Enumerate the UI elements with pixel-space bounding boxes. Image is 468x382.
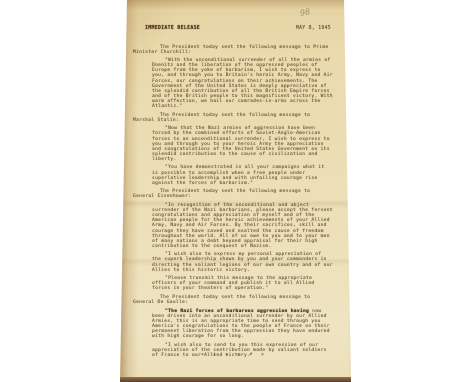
handwritten-page-number: 98 <box>299 7 311 18</box>
document-header: IMMEDIATE RELEASE MAY 8, 1945 <box>145 26 331 31</box>
telegram-paragraph: "In recognition of the unconditional and… <box>152 203 333 249</box>
telegram-paragraph: "You have demonstrated in all your campa… <box>152 165 333 185</box>
telegram-paragraph: "The Nazi forces of barbarous aggression… <box>152 309 333 340</box>
telegram-paragraph-continuation: now been driven into an unconditional su… <box>152 309 330 339</box>
section-intro-stalin: The President today sent the following m… <box>133 113 333 123</box>
telegram-paragraph: "With the unconditional surrender of all… <box>152 58 333 109</box>
date-line: MAY 8, 1945 <box>296 26 331 31</box>
scanned-document-photo: 98 IMMEDIATE RELEASE MAY 8, 1945 The Pre… <box>0 0 468 382</box>
section-intro-de-gaulle: The President today sent the following m… <box>133 295 333 305</box>
separator-asterisks: * * * * * * <box>133 353 333 359</box>
release-line: IMMEDIATE RELEASE <box>145 26 200 31</box>
telegram-paragraph: "Now that the Nazi armies of aggression … <box>152 126 333 162</box>
document-body: The President today sent the following m… <box>133 43 333 362</box>
section-intro-eisenhower: The President today sent the following m… <box>133 189 333 199</box>
section-intro-churchill: The President today sent the following m… <box>133 45 333 55</box>
telegram-paragraph: "Please transmit this message to the app… <box>152 276 333 291</box>
telegram-paragraph: "I wish also to express my personal appr… <box>152 252 333 272</box>
document-page: 98 IMMEDIATE RELEASE MAY 8, 1945 The Pre… <box>116 0 356 382</box>
page-bottom-edge <box>116 377 356 382</box>
